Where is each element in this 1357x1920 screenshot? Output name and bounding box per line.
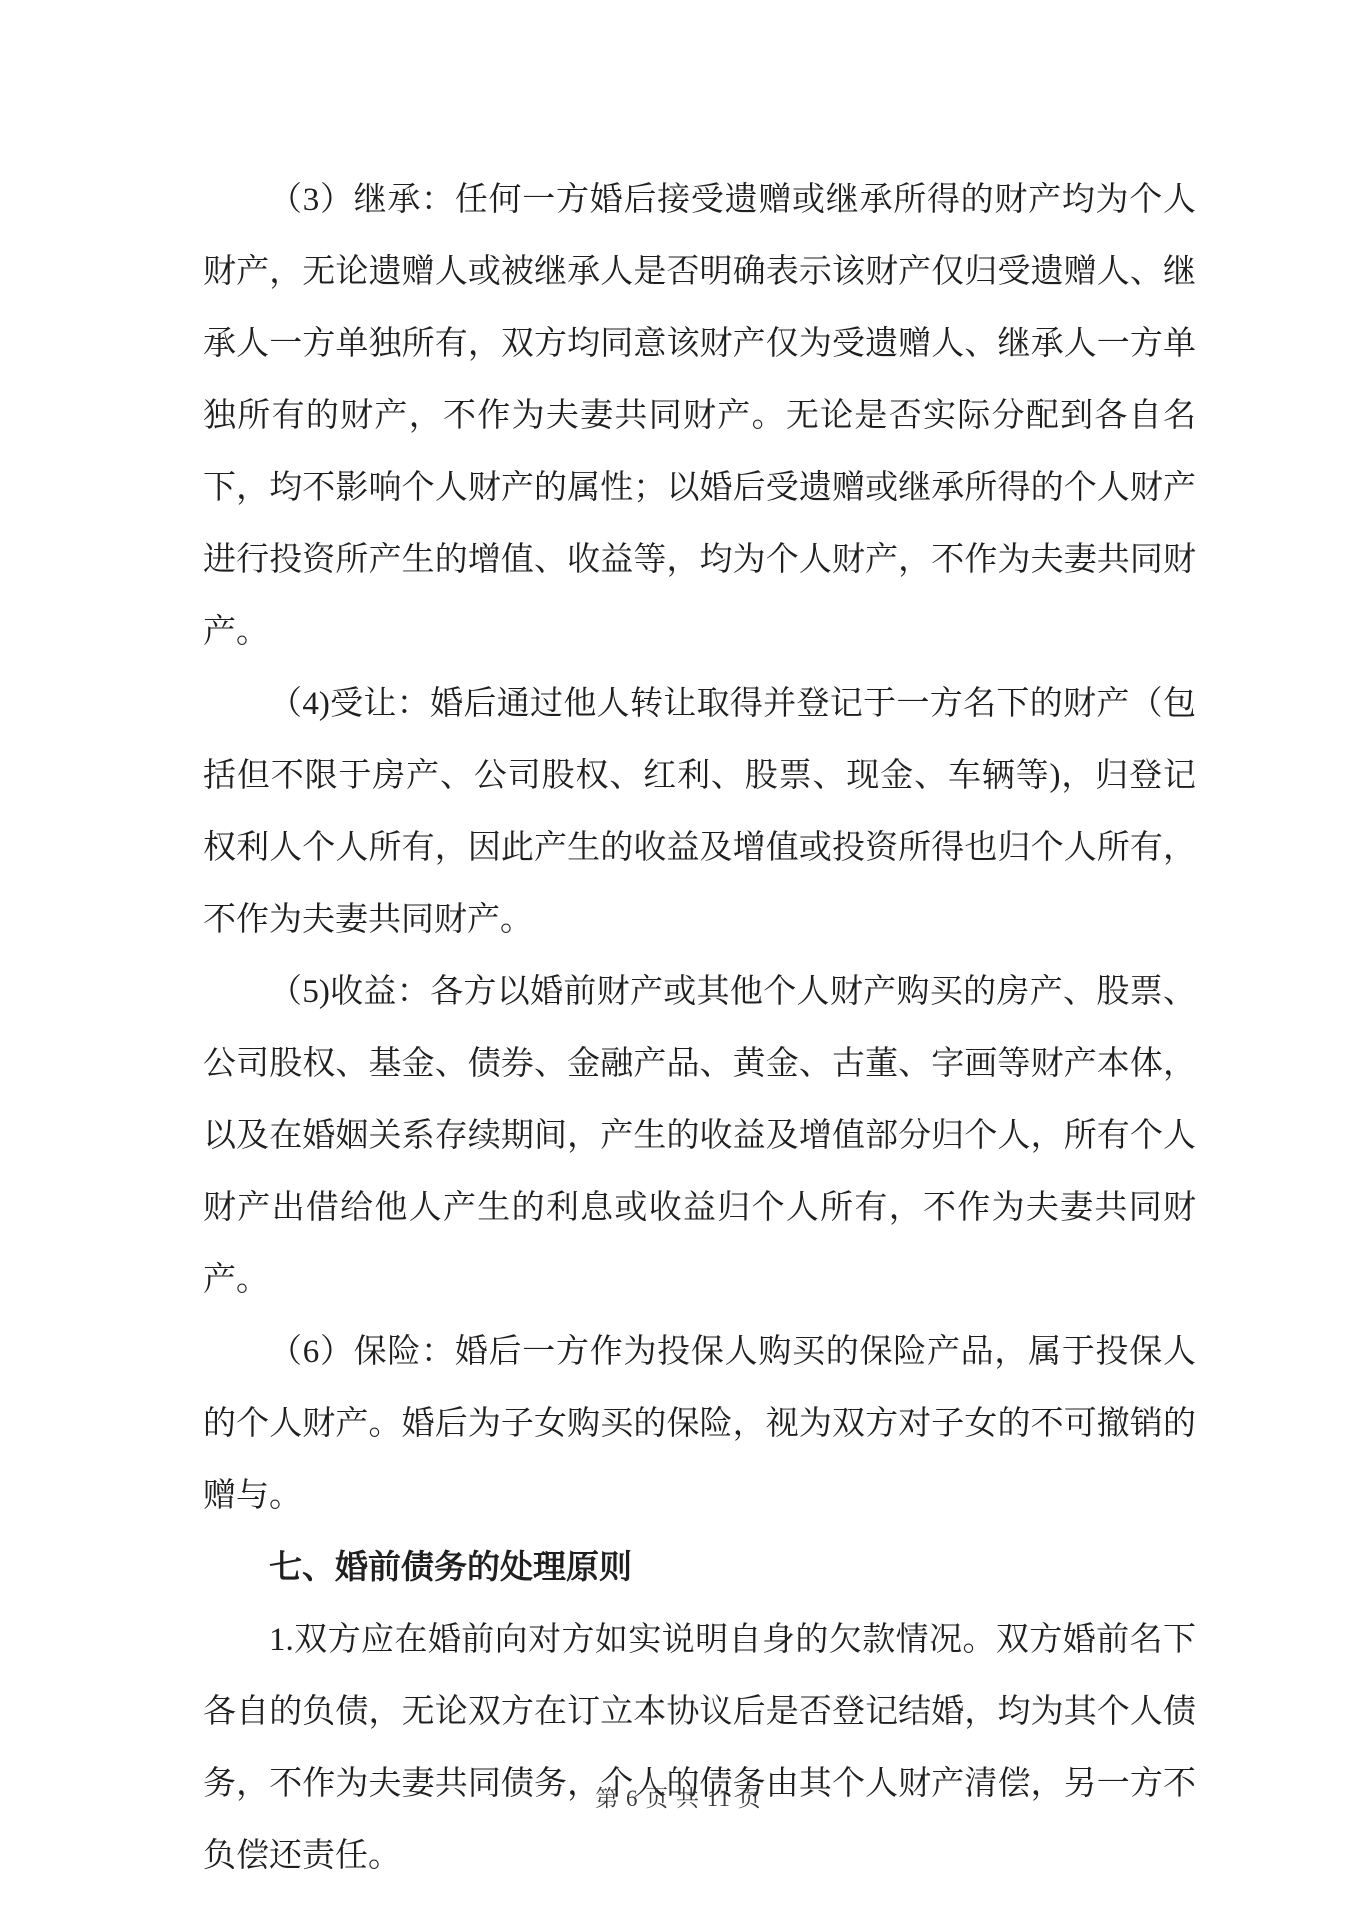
paragraph-6-insurance: （6）保险：婚后一方作为投保人购买的保险产品，属于投保人的个人财产。婚后为子女购…	[203, 1316, 1196, 1532]
paragraph-3-inheritance: （3）继承：任何一方婚后接受遗赠或继承所得的财产均为个人财产，无论遗赠人或被继承…	[203, 164, 1196, 668]
section-heading-premarital-debt: 七、婚前债务的处理原则	[203, 1532, 1196, 1604]
document-body: （3）继承：任何一方婚后接受遗赠或继承所得的财产均为个人财产，无论遗赠人或被继承…	[203, 164, 1196, 1892]
page-number: 第 6 页 共 11 页	[0, 1780, 1357, 1813]
paragraph-4-transfer: （4)受让：婚后通过他人转让取得并登记于一方名下的财产（包括但不限于房产、公司股…	[203, 668, 1196, 956]
paragraph-debt-disclosure: 1.双方应在婚前向对方如实说明自身的欠款情况。双方婚前名下各自的负债，无论双方在…	[203, 1604, 1196, 1892]
document-page: （3）继承：任何一方婚后接受遗赠或继承所得的财产均为个人财产，无论遗赠人或被继承…	[0, 0, 1357, 1920]
paragraph-5-income: （5)收益：各方以婚前财产或其他个人财产购买的房产、股票、公司股权、基金、债券、…	[203, 956, 1196, 1316]
